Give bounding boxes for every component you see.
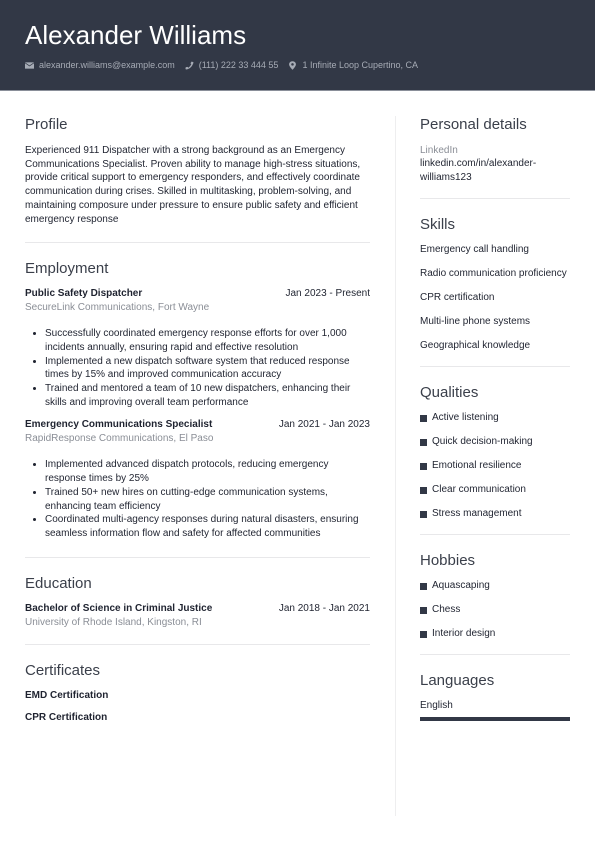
certificate-item: EMD Certification bbox=[25, 690, 370, 701]
languages-heading: Languages bbox=[420, 672, 570, 689]
envelope-icon bbox=[25, 61, 34, 70]
job-company: SecureLink Communications, Fort Wayne bbox=[25, 302, 370, 313]
sidebar-column: Personal details LinkedIn linkedin.com/i… bbox=[420, 116, 570, 752]
degree: Bachelor of Science in Criminal Justice bbox=[25, 603, 212, 614]
quality-item: Stress management bbox=[420, 508, 570, 520]
square-bullet-icon bbox=[420, 607, 427, 614]
qualities-section: Qualities Active listening Quick decisio… bbox=[420, 384, 570, 535]
job-entry: Emergency Communications Specialist Jan … bbox=[25, 419, 370, 540]
personal-details-section: Personal details LinkedIn linkedin.com/i… bbox=[420, 116, 570, 199]
quality-label: Stress management bbox=[432, 508, 522, 520]
job-bullet: Coordinated multi-agency responses durin… bbox=[45, 513, 370, 540]
hobbies-section: Hobbies Aquascaping Chess Interior desig… bbox=[420, 552, 570, 655]
job-bullet: Trained and mentored a team of 10 new di… bbox=[45, 382, 370, 409]
job-entry: Public Safety Dispatcher Jan 2023 - Pres… bbox=[25, 288, 370, 409]
job-bullet: Implemented a new dispatch software syst… bbox=[45, 355, 370, 382]
candidate-name: Alexander Williams bbox=[25, 20, 246, 51]
square-bullet-icon bbox=[420, 511, 427, 518]
personal-details-heading: Personal details bbox=[420, 116, 570, 133]
profile-heading: Profile bbox=[25, 116, 370, 133]
job-bullets: Successfully coordinated emergency respo… bbox=[25, 327, 370, 409]
job-bullet: Implemented advanced dispatch protocols,… bbox=[45, 458, 370, 485]
hobby-label: Chess bbox=[432, 604, 460, 616]
hobby-label: Aquascaping bbox=[432, 580, 490, 592]
hobbies-heading: Hobbies bbox=[420, 552, 570, 569]
quality-item: Active listening bbox=[420, 412, 570, 424]
job-date: Jan 2023 - Present bbox=[286, 288, 371, 299]
hobby-label: Interior design bbox=[432, 628, 495, 640]
linkedin-link[interactable]: linkedin.com/in/alexander-williams123 bbox=[420, 157, 570, 184]
quality-item: Clear communication bbox=[420, 484, 570, 496]
column-divider bbox=[395, 116, 396, 816]
skill-item: Radio communication proficiency bbox=[420, 268, 570, 280]
quality-label: Emotional resilience bbox=[432, 460, 522, 472]
language-level-bar bbox=[420, 717, 570, 721]
contact-address: 1 Infinite Loop Cupertino, CA bbox=[288, 60, 418, 70]
address-text: 1 Infinite Loop Cupertino, CA bbox=[302, 60, 418, 70]
skill-item: Emergency call handling bbox=[420, 244, 570, 256]
job-title: Public Safety Dispatcher bbox=[25, 288, 142, 299]
education-entry: Bachelor of Science in Criminal Justice … bbox=[25, 603, 370, 628]
phone-icon bbox=[185, 61, 194, 70]
skills-section: Skills Emergency call handling Radio com… bbox=[420, 216, 570, 367]
education-heading: Education bbox=[25, 575, 370, 592]
email-text: alexander.williams@example.com bbox=[39, 60, 175, 70]
square-bullet-icon bbox=[420, 631, 427, 638]
certificates-section: Certificates EMD Certification CPR Certi… bbox=[25, 662, 370, 750]
certificate-item: CPR Certification bbox=[25, 712, 370, 723]
map-pin-icon bbox=[288, 61, 297, 70]
square-bullet-icon bbox=[420, 463, 427, 470]
quality-label: Clear communication bbox=[432, 484, 526, 496]
square-bullet-icon bbox=[420, 583, 427, 590]
contact-phone[interactable]: (111) 222 33 444 55 bbox=[185, 60, 279, 70]
square-bullet-icon bbox=[420, 439, 427, 446]
job-bullets: Implemented advanced dispatch protocols,… bbox=[25, 458, 370, 540]
hobby-item: Interior design bbox=[420, 628, 570, 640]
phone-text: (111) 222 33 444 55 bbox=[199, 60, 279, 70]
linkedin-label: LinkedIn bbox=[420, 144, 570, 157]
main-column: Profile Experienced 911 Dispatcher with … bbox=[25, 116, 370, 767]
job-bullet: Successfully coordinated emergency respo… bbox=[45, 327, 370, 354]
resume-header: Alexander Williams alexander.williams@ex… bbox=[0, 0, 595, 91]
quality-item: Emotional resilience bbox=[420, 460, 570, 472]
skills-heading: Skills bbox=[420, 216, 570, 233]
skill-item: Geographical knowledge bbox=[420, 340, 570, 352]
job-bullet: Trained 50+ new hires on cutting-edge co… bbox=[45, 486, 370, 513]
school: University of Rhode Island, Kingston, RI bbox=[25, 617, 370, 628]
hobby-item: Chess bbox=[420, 604, 570, 616]
square-bullet-icon bbox=[420, 415, 427, 422]
job-date: Jan 2021 - Jan 2023 bbox=[279, 419, 370, 430]
profile-summary: Experienced 911 Dispatcher with a strong… bbox=[25, 144, 370, 226]
language-level-fill bbox=[420, 717, 570, 721]
profile-section: Profile Experienced 911 Dispatcher with … bbox=[25, 116, 370, 243]
hobby-item: Aquascaping bbox=[420, 580, 570, 592]
skill-item: Multi-line phone systems bbox=[420, 316, 570, 328]
qualities-heading: Qualities bbox=[420, 384, 570, 401]
job-company: RapidResponse Communications, El Paso bbox=[25, 433, 370, 444]
employment-heading: Employment bbox=[25, 260, 370, 277]
education-date: Jan 2018 - Jan 2021 bbox=[279, 603, 370, 614]
job-title: Emergency Communications Specialist bbox=[25, 419, 212, 430]
contact-bar: alexander.williams@example.com (111) 222… bbox=[25, 60, 428, 70]
contact-email[interactable]: alexander.williams@example.com bbox=[25, 60, 175, 70]
languages-section: Languages English bbox=[420, 672, 570, 735]
certificates-heading: Certificates bbox=[25, 662, 370, 679]
quality-label: Active listening bbox=[432, 412, 499, 424]
square-bullet-icon bbox=[420, 487, 427, 494]
language-name: English bbox=[420, 700, 570, 711]
employment-section: Employment Public Safety Dispatcher Jan … bbox=[25, 260, 370, 557]
quality-item: Quick decision-making bbox=[420, 436, 570, 448]
skill-item: CPR certification bbox=[420, 292, 570, 304]
quality-label: Quick decision-making bbox=[432, 436, 533, 448]
education-section: Education Bachelor of Science in Crimina… bbox=[25, 575, 370, 645]
